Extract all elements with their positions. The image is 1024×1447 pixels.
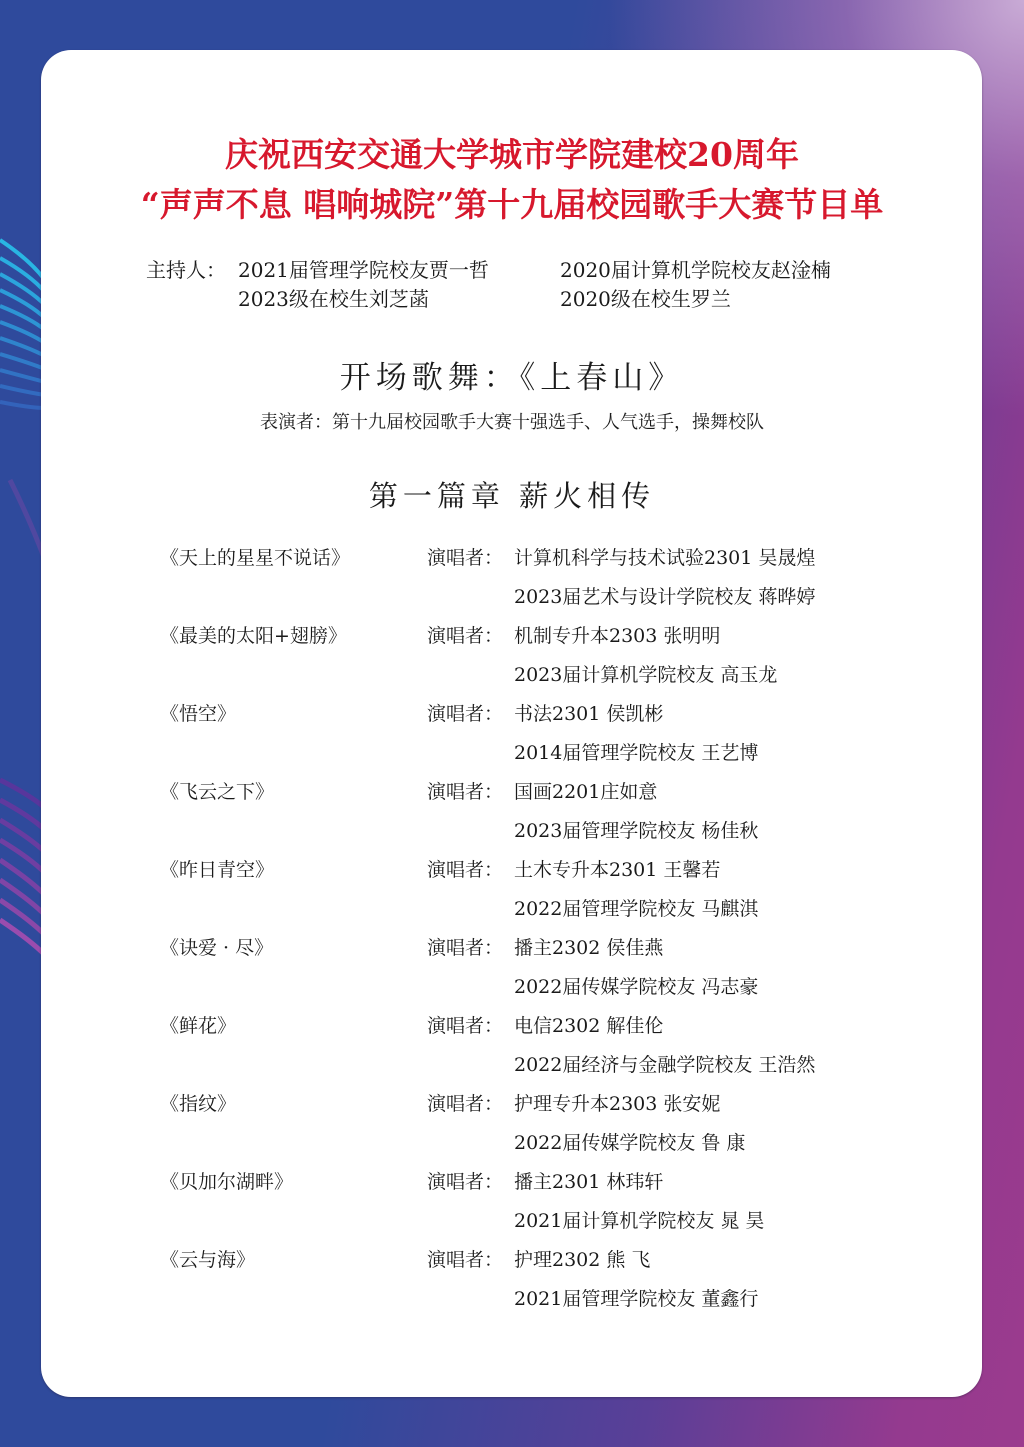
hosts-section: 主持人： 2021届管理学院校友贾一哲 2020届计算机学院校友赵淦楠 2023… [146,256,906,314]
hosts-label: 主持人： [146,256,238,285]
song-entry: 《天上的星星不说话》 演唱者： 计算机科学与技术试验2301 吴晟煌 2023届… [160,543,900,621]
singer-primary: 机制专升本2303 张明明 [514,621,720,651]
singer-secondary: 2022届传媒学院校友 冯志豪 [514,972,758,1002]
singer-secondary: 2022届经济与金融学院校友 王浩然 [514,1050,815,1080]
singer-secondary: 2022届管理学院校友 马麒淇 [514,894,758,924]
opening-performers: 表演者：第十九届校园歌手大赛十强选手、人气选手，操舞校队 [0,408,1024,434]
title-line-1: 庆祝西安交通大学城市学院建校20周年 [0,130,1024,180]
song-title: 《鲜花》 [160,1011,236,1041]
host-name: 2020级在校生罗兰 [560,285,906,314]
song-entry: 《昨日青空》 演唱者： 土木专升本2301 王馨若 2022届管理学院校友 马麒… [160,855,900,933]
host-name: 2023级在校生刘芝菡 [238,285,560,314]
singer-secondary: 2022届传媒学院校友 鲁 康 [514,1128,745,1158]
singer-secondary: 2023届计算机学院校友 高玉龙 [514,660,777,690]
singer-label: 演唱者： [427,855,503,885]
song-entry: 《指纹》 演唱者： 护理专升本2303 张安妮 2022届传媒学院校友 鲁 康 [160,1089,900,1167]
singer-secondary: 2023届艺术与设计学院校友 蒋晔婷 [514,582,815,612]
song-entry: 《悟空》 演唱者： 书法2301 侯凯彬 2014届管理学院校友 王艺博 [160,699,900,777]
singer-label: 演唱者： [427,1089,503,1119]
song-entry: 《鲜花》 演唱者： 电信2302 解佳伦 2022届经济与金融学院校友 王浩然 [160,1011,900,1089]
singer-secondary: 2021届计算机学院校友 晁 昊 [514,1206,764,1236]
singer-label: 演唱者： [427,1167,503,1197]
opening-performance-title: 开场歌舞：《上春山》 [0,352,1024,397]
singer-secondary: 2014届管理学院校友 王艺博 [514,738,758,768]
song-title: 《云与海》 [160,1245,255,1275]
singer-label: 演唱者： [427,699,503,729]
song-title: 《最美的太阳+翅膀》 [160,621,347,651]
host-name: 2020届计算机学院校友赵淦楠 [560,256,906,285]
song-title: 《飞云之下》 [160,777,274,807]
song-entry: 《诀爱 · 尽》 演唱者： 播主2302 侯佳燕 2022届传媒学院校友 冯志豪 [160,933,900,1011]
singer-primary: 书法2301 侯凯彬 [514,699,663,729]
singer-label: 演唱者： [427,621,503,651]
program-title: 庆祝西安交通大学城市学院建校20周年 “声声不息 唱响城院”第十九届校园歌手大赛… [0,130,1024,230]
song-entry: 《飞云之下》 演唱者： 国画2201庄如意 2023届管理学院校友 杨佳秋 [160,777,900,855]
singer-label: 演唱者： [427,1245,503,1275]
song-title: 《诀爱 · 尽》 [160,933,273,963]
song-title: 《贝加尔湖畔》 [160,1167,293,1197]
singer-primary: 护理专升本2303 张安妮 [514,1089,720,1119]
singer-label: 演唱者： [427,777,503,807]
singer-primary: 播主2301 林玮轩 [514,1167,663,1197]
singer-label: 演唱者： [427,1011,503,1041]
song-title: 《天上的星星不说话》 [160,543,350,573]
title-line-2: “声声不息 唱响城院”第十九届校园歌手大赛节目单 [0,180,1024,230]
singer-primary: 计算机科学与技术试验2301 吴晟煌 [514,543,815,573]
song-entry: 《贝加尔湖畔》 演唱者： 播主2301 林玮轩 2021届计算机学院校友 晁 昊 [160,1167,900,1245]
song-title: 《指纹》 [160,1089,236,1119]
song-entry: 《最美的太阳+翅膀》 演唱者： 机制专升本2303 张明明 2023届计算机学院… [160,621,900,699]
singer-primary: 土木专升本2301 王馨若 [514,855,720,885]
singer-secondary: 2021届管理学院校友 董鑫行 [514,1284,758,1314]
singer-label: 演唱者： [427,543,503,573]
chapter-heading: 第一篇章 薪火相传 [0,474,1024,515]
song-title: 《昨日青空》 [160,855,274,885]
singer-primary: 国画2201庄如意 [514,777,657,807]
singer-secondary: 2023届管理学院校友 杨佳秋 [514,816,758,846]
singer-primary: 播主2302 侯佳燕 [514,933,663,963]
song-title: 《悟空》 [160,699,236,729]
singer-label: 演唱者： [427,933,503,963]
singer-primary: 电信2302 解佳伦 [514,1011,663,1041]
host-name: 2021届管理学院校友贾一哲 [238,256,560,285]
singer-primary: 护理2302 熊 飞 [514,1245,650,1275]
song-list: 《天上的星星不说话》 演唱者： 计算机科学与技术试验2301 吴晟煌 2023届… [160,543,900,1323]
song-entry: 《云与海》 演唱者： 护理2302 熊 飞 2021届管理学院校友 董鑫行 [160,1245,900,1323]
